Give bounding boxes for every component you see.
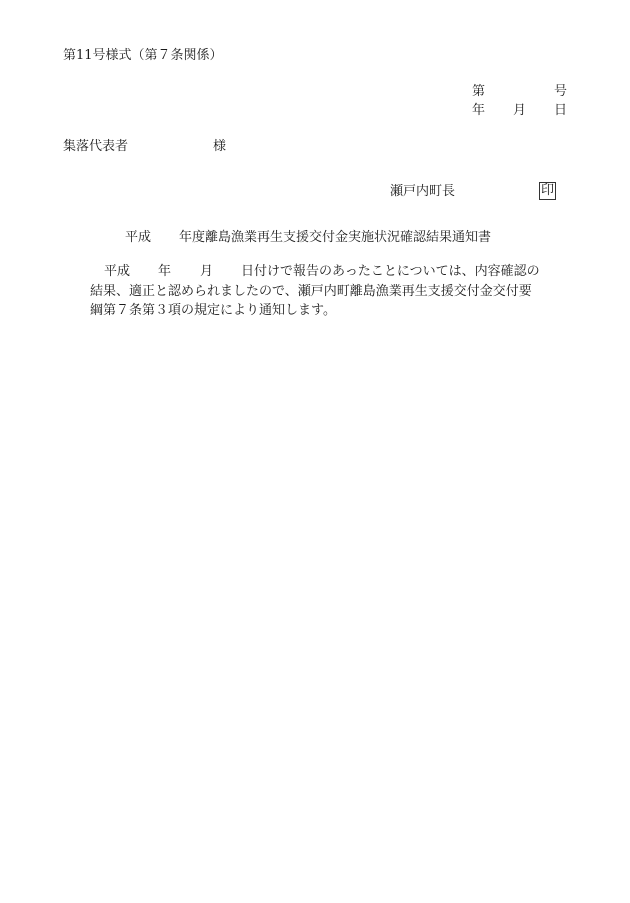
addressee-honorific: 様 [213,139,226,155]
seal-icon: 印 [539,182,556,200]
body-month: 月 [200,264,213,280]
date-year: 年 [472,103,485,119]
date-month: 月 [513,103,526,119]
date-day: 日 [554,103,567,119]
reference-number-prefix: 第 [472,84,485,100]
body-line3: 綱第７条第３項の規定により通知します。 [90,303,336,319]
addressee-title: 集落代表者 [63,139,128,155]
body-line2: 結果、適正と認められましたので、瀬戸内町離島漁業再生支援交付金交付要 [90,284,532,300]
sender-name: 瀬戸内町長 [390,184,455,200]
body-line1: 日付けで報告のあったことについては、内容確認の [241,264,540,280]
seal-mark: 印 [539,182,556,200]
body-era: 平成 [104,264,130,280]
form-label: 第11号様式（第７条関係） [63,48,223,64]
body-year: 年 [158,264,171,280]
document-title-era: 平成 [125,230,151,246]
reference-number-suffix: 号 [554,84,567,100]
document-title: 年度離島漁業再生支援交付金実施状況確認結果通知書 [179,230,491,246]
